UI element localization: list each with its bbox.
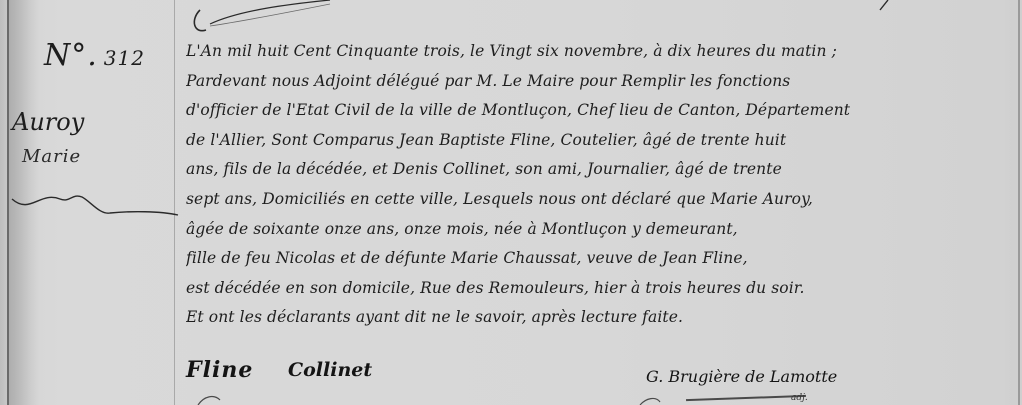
record-line: fille de feu Nicolas et de défunte Marie…	[186, 244, 1018, 274]
record-line: Pardevant nous Adjoint délégué par M. Le…	[186, 67, 1018, 97]
right-edge-rule	[1018, 0, 1020, 405]
record-line: âgée de soixante onze ans, onze mois, né…	[186, 215, 1018, 245]
signature-officer: G. Brugière de Lamotte	[646, 367, 837, 386]
signature-declarant-1: Fline	[186, 357, 253, 383]
record-line: ans, fils de la décédée, et Denis Collin…	[186, 155, 1018, 185]
margin-flourish-icon	[10, 185, 180, 225]
signature-declarant-2: Collinet	[288, 359, 372, 381]
deceased-given-name: Marie	[22, 146, 81, 167]
record-line: est décédée en son domicile, Rue des Rem…	[186, 274, 1018, 304]
next-record-flourish-icon	[180, 392, 1020, 405]
deceased-surname: Auroy	[12, 108, 84, 136]
record-line: L'An mil huit Cent Cinquante trois, le V…	[186, 37, 1018, 67]
record-number: N°.312	[44, 38, 145, 73]
register-page: N°.312 Auroy Marie L'An mil huit Cent Ci…	[0, 0, 1022, 405]
record-margin: N°.312 Auroy Marie	[0, 0, 174, 405]
record-line: d'officier de l'Etat Civil de la ville d…	[186, 96, 1018, 126]
record-line: sept ans, Domiciliés en cette ville, Les…	[186, 185, 1018, 215]
record-body: L'An mil huit Cent Cinquante trois, le V…	[186, 37, 1018, 333]
section-flourish-icon	[180, 0, 920, 40]
record-number-prefix: N°.	[44, 38, 98, 73]
record-line: Et ont les déclarants ayant dit ne le sa…	[186, 303, 1018, 333]
record-number-value: 312	[104, 46, 145, 70]
record-line: de l'Allier, Sont Comparus Jean Baptiste…	[186, 126, 1018, 156]
